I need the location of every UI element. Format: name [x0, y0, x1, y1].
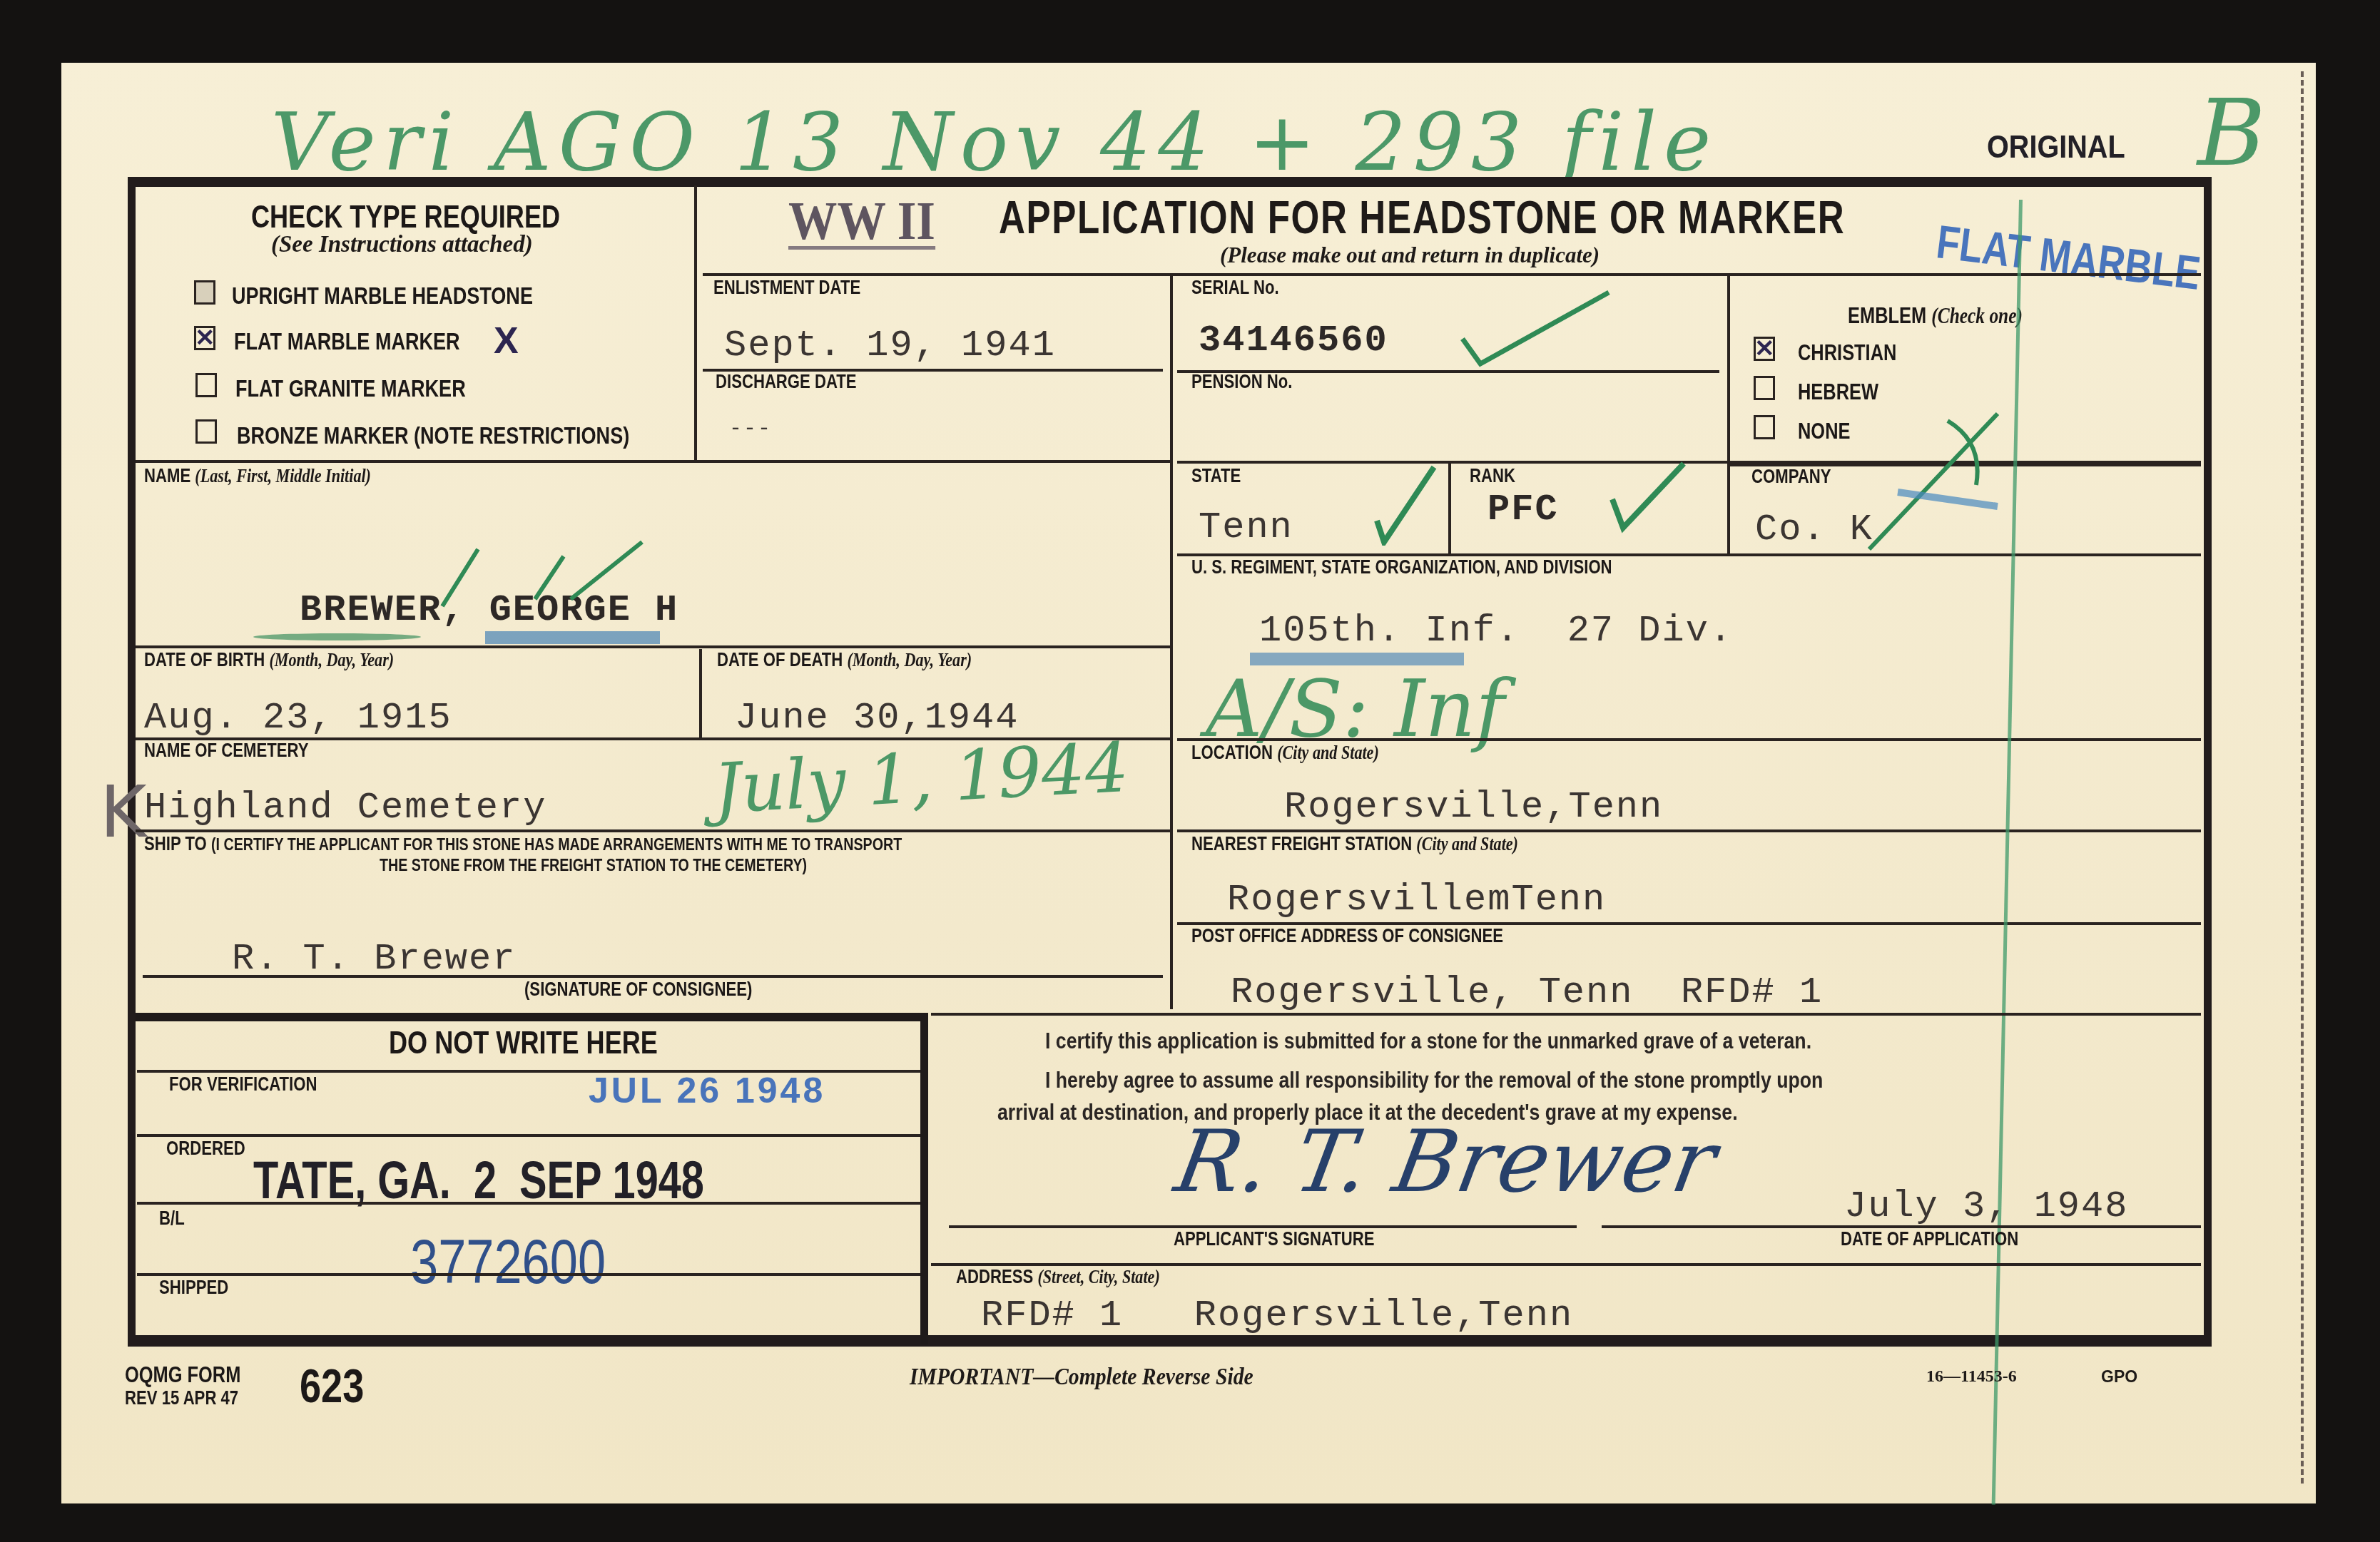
- cemetery-value: Highland Cemetery: [144, 787, 547, 829]
- location-label: LOCATION (City and State): [1191, 742, 1379, 764]
- check-type-subheading: (See Instructions attached): [271, 232, 533, 258]
- location-label-text: LOCATION: [1191, 742, 1273, 763]
- shipped-label: SHIPPED: [159, 1277, 228, 1299]
- form-number: 623: [300, 1359, 364, 1413]
- form-id-line1: OQMG FORM: [125, 1362, 240, 1388]
- form-id-line2: REV 15 APR 47: [125, 1387, 238, 1409]
- ship-to-label: SHIP TO (I CERTIFY THE APPLICANT FOR THI…: [144, 833, 902, 855]
- divider: [920, 1013, 928, 1344]
- company-label: COMPANY: [1751, 466, 1831, 488]
- form-title: APPLICATION FOR HEADSTONE OR MARKER: [999, 191, 1845, 244]
- regiment-label: U. S. REGIMENT, STATE ORGANIZATION, AND …: [1191, 556, 1612, 578]
- freight-station-label: NEAREST FREIGHT STATION (City and State): [1191, 833, 1518, 855]
- divider: [703, 273, 2201, 276]
- name-label: NAME (Last, First, Middle Initial): [144, 465, 371, 487]
- checkbox-flat-granite-marker[interactable]: [195, 373, 217, 397]
- rank-check-icon: [1605, 456, 1691, 535]
- ship-to-label-text: SHIP TO: [144, 833, 207, 854]
- divider: [931, 1013, 2201, 1016]
- application-date-value: July 3, 1948: [1844, 1185, 2128, 1227]
- certification-line-2: I hereby agree to assume all responsibil…: [1045, 1068, 1823, 1093]
- check-type-heading: CHECK TYPE REQUIRED: [251, 200, 560, 235]
- name-underline-green: [253, 633, 421, 640]
- bl-label: B/L: [159, 1207, 185, 1230]
- ordered-label: ORDERED: [166, 1138, 245, 1160]
- divider: [136, 645, 1170, 648]
- emblem-option-none: NONE: [1798, 419, 1850, 444]
- ship-to-hint-line1: (I CERTIFY THE APPLICANT FOR THIS STONE …: [211, 835, 902, 854]
- divider: [136, 460, 1170, 463]
- birth-date-label-hint: (Month, Day, Year): [269, 649, 394, 670]
- certification-line-1: I certify this application is submitted …: [1045, 1028, 1811, 1054]
- divider: [694, 185, 697, 460]
- checkbox-emblem-hebrew[interactable]: [1754, 376, 1775, 400]
- option-flat-marble-marker: FLAT MARBLE MARKER: [234, 328, 460, 355]
- serial-no-value: 34146560: [1199, 320, 1388, 362]
- death-date-label-text: DATE OF DEATH: [717, 649, 843, 670]
- ship-to-value: R. T. Brewer: [232, 938, 516, 980]
- divider: [1177, 738, 2201, 741]
- divider: [137, 1273, 920, 1276]
- name-underline-blue: [485, 631, 660, 644]
- ww2-stamp: WW II: [788, 196, 935, 250]
- signature-line: [143, 975, 1163, 978]
- pension-no-label: PENSION No.: [1191, 371, 1292, 393]
- name-label-text: NAME: [144, 465, 190, 486]
- po-address-label: POST OFFICE ADDRESS OF CONSIGNEE: [1191, 925, 1503, 947]
- state-value: Tenn: [1199, 506, 1293, 548]
- ship-to-hint-line2: THE STONE FROM THE FREIGHT STATION TO TH…: [380, 856, 807, 876]
- birth-date-label: DATE OF BIRTH (Month, Day, Year): [144, 649, 394, 671]
- applicant-signature: R. T. Brewer: [1169, 1113, 1724, 1212]
- location-value: Rogersville,Tenn: [1284, 786, 1663, 828]
- address-value: RFD# 1 Rogersville,Tenn: [981, 1295, 1573, 1337]
- handwritten-corner-letter: B: [2197, 78, 2266, 187]
- address-label-text: ADDRESS: [956, 1266, 1033, 1287]
- death-date-value: June 30,1944: [735, 697, 1019, 739]
- freight-station-value: RogersvillemTenn: [1227, 879, 1606, 921]
- original-label: ORIGINAL: [1987, 130, 2125, 165]
- application-date-label: DATE OF APPLICATION: [1841, 1228, 2018, 1250]
- checkbox-bronze-marker[interactable]: [195, 419, 217, 444]
- gpo-mark: GPO: [2101, 1367, 2137, 1387]
- form-subtitle: (Please make out and return in duplicate…: [1220, 242, 1600, 268]
- divider: [699, 649, 702, 738]
- state-check-icon: [1370, 464, 1441, 546]
- location-label-hint: (City and State): [1277, 742, 1379, 763]
- applicant-signature-label: APPLICANT'S SIGNATURE: [1174, 1228, 1375, 1250]
- divider: [137, 1202, 920, 1205]
- emblem-option-christian: CHRISTIAN: [1798, 340, 1896, 366]
- important-note: IMPORTANT—Complete Reverse Side: [910, 1364, 1253, 1391]
- enlistment-date-value: Sept. 19, 1941: [724, 325, 1056, 367]
- consignee-signature-caption: (SIGNATURE OF CONSIGNEE): [524, 979, 752, 1001]
- discharge-date-value: ---: [729, 417, 772, 441]
- po-address-value: Rogersville, Tenn RFD# 1: [1231, 971, 1823, 1013]
- freight-station-label-hint: (City and State): [1416, 833, 1518, 854]
- address-label: ADDRESS (Street, City, State): [956, 1266, 1160, 1288]
- x-mark-annotation: X: [494, 320, 519, 362]
- left-margin-mark: K: [100, 770, 147, 854]
- checkbox-emblem-christian[interactable]: [1754, 337, 1775, 361]
- divider: [136, 829, 1170, 832]
- discharge-date-label: DISCHARGE DATE: [716, 371, 857, 393]
- divider: [1448, 464, 1451, 554]
- option-bronze-marker: BRONZE MARKER (NOTE RESTRICTIONS): [237, 422, 629, 449]
- checkbox-flat-marble-marker[interactable]: [194, 326, 215, 350]
- verification-check-icon: [1455, 285, 1612, 371]
- death-date-label-hint: (Month, Day, Year): [847, 649, 972, 670]
- print-code: 16—11453-6: [1926, 1367, 2017, 1387]
- freight-station-label-text: NEAREST FREIGHT STATION: [1191, 833, 1412, 854]
- checkbox-upright-marble-headstone[interactable]: [194, 280, 215, 305]
- divider: [137, 1134, 920, 1137]
- cemetery-label: NAME OF CEMETERY: [144, 740, 308, 762]
- death-date-label: DATE OF DEATH (Month, Day, Year): [717, 649, 972, 671]
- divider: [1727, 275, 1730, 555]
- birth-date-label-text: DATE OF BIRTH: [144, 649, 265, 670]
- for-verification-label: FOR VERIFICATION: [169, 1073, 317, 1096]
- emblem-heading-hint: (Check one): [1931, 303, 2023, 328]
- rank-label: RANK: [1470, 465, 1515, 487]
- divider: [1177, 829, 2201, 832]
- name-check-icon: [428, 528, 713, 613]
- office-use-heading: DO NOT WRITE HERE: [389, 1026, 658, 1061]
- emblem-heading-text: EMBLEM: [1848, 303, 1926, 328]
- state-label: STATE: [1191, 465, 1241, 487]
- checkbox-emblem-none[interactable]: [1754, 415, 1775, 439]
- option-upright-marble-headstone: UPRIGHT MARBLE HEADSTONE: [232, 282, 533, 310]
- regiment-value: 105th. Inf. 27 Div.: [1259, 610, 1733, 652]
- perforation-edge: [2301, 71, 2304, 1484]
- emblem-heading: EMBLEM (Check one): [1848, 303, 2023, 329]
- address-label-hint: (Street, City, State): [1037, 1266, 1159, 1287]
- option-flat-granite-marker: FLAT GRANITE MARKER: [235, 375, 466, 402]
- name-label-hint: (Last, First, Middle Initial): [195, 465, 371, 486]
- handwritten-verification-note: Veri AGO 13 Nov 44 + 293 file: [271, 96, 1718, 189]
- rank-value: PFC: [1487, 489, 1559, 531]
- birth-date-value: Aug. 23, 1915: [144, 697, 452, 739]
- serial-no-label: SERIAL No.: [1191, 277, 1279, 299]
- enlistment-date-label: ENLISTMENT DATE: [713, 277, 860, 299]
- divider: [1170, 275, 1173, 1009]
- verification-date-stamp: JUL 26 1948: [589, 1070, 825, 1111]
- divider: [136, 1013, 927, 1021]
- bl-value: 3772600: [410, 1225, 606, 1298]
